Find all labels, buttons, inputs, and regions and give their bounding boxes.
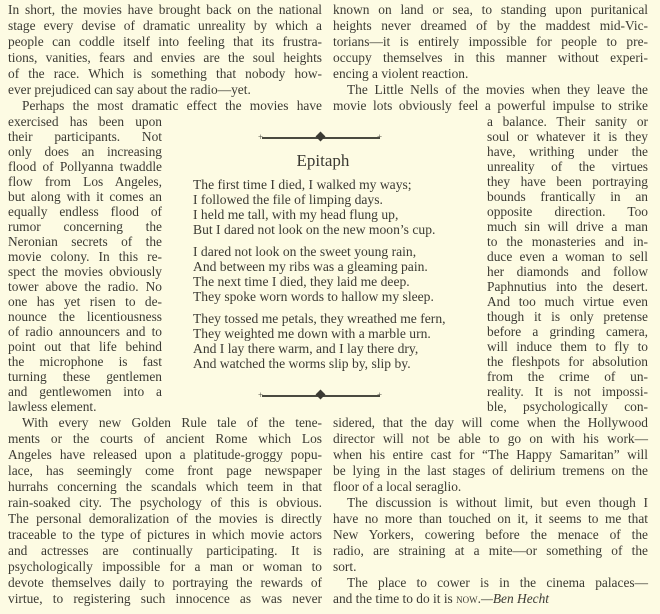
text-line: director will not be able to go on with … — [333, 431, 648, 447]
text-line: torians—it is entirely impossible for pe… — [333, 34, 648, 50]
ornamental-rule-icon: ++ — [258, 134, 384, 142]
text-line: equally endless flood of — [8, 204, 162, 220]
text-line: much sin will drive a man — [487, 219, 648, 235]
text-line: point out that life behind — [8, 339, 162, 355]
text-line: before a grinding camera, — [487, 324, 648, 340]
text-line: one has yet risen to de- — [8, 294, 162, 310]
poem-line: And watched the worms slip by, slip by. — [193, 356, 411, 372]
text-line: The personal demoralization of the movie… — [8, 511, 322, 527]
poem-line: I held me tall, with my head flung up, — [193, 207, 398, 223]
text-line: movie colony. In this re- — [8, 249, 162, 265]
text-line: stage every devise of dramatic unreality… — [8, 18, 322, 34]
text-line: movie lots obviously feel a powerful imp… — [333, 98, 648, 114]
text-line: will induce them to fly to — [487, 339, 648, 355]
text-line: hurrahs concerning the scandals which te… — [8, 479, 322, 495]
text-line: opposite direction. Too — [487, 204, 648, 220]
text-line: Angeles have released upon a platitude-g… — [8, 447, 322, 463]
text-line: they have been portraying — [487, 174, 648, 190]
text-line: With every new Golden Rule tale of the t… — [22, 415, 322, 431]
text-line: lace, has seemingly come front page news… — [8, 463, 322, 479]
text-line: spect the movies obviously — [8, 264, 162, 280]
poem-line: They weighted me down with a marble urn. — [193, 326, 431, 342]
poem-line: The next time I died, they laid me deep. — [193, 274, 410, 290]
text-line: when his entire cast for “The Happy Sama… — [333, 447, 648, 463]
text-line: have no more than touched on it, it seem… — [333, 511, 648, 527]
text-line: tions, vanities, fears and envies are th… — [8, 50, 322, 66]
text-line: and gentlewomen into a — [8, 384, 162, 400]
text-line: floor of a local seraglio. — [333, 479, 461, 495]
poem-line: But I dared not look on the new moon’s c… — [193, 222, 435, 238]
text-line: nounce the licentiousness — [8, 309, 162, 325]
text-line: New Yorkers, cowering before the menace … — [333, 527, 648, 543]
text-line: a balance. Their sanity or — [487, 114, 648, 130]
text-line: lawless element. — [8, 399, 97, 415]
byline: —Ben Hecht — [481, 591, 549, 606]
text-line: of radio announcers and to — [8, 324, 162, 340]
poem-line: They spoke worn words to hallow my sleep… — [193, 289, 434, 305]
text-line: bounds frantically in an — [487, 189, 648, 205]
text-line: exercised has been upon — [8, 114, 162, 130]
text-now: now. — [456, 591, 481, 606]
text-line: though it is only pretense — [487, 309, 648, 325]
text-line: flood of Pollyanna twaddle — [8, 159, 162, 175]
text-line: Paphnutius into the desert. — [487, 279, 648, 295]
text-line: The Little Nells of the movies when they… — [347, 82, 648, 98]
text-line: ments or the courts of ancient Rome whic… — [8, 431, 322, 447]
ornamental-rule-icon: ++ — [258, 392, 384, 400]
text-line: The discussion is without limit, but eve… — [347, 495, 648, 511]
text-line: tower above the radio. No — [8, 279, 162, 295]
text-line: heights never dreamed of by the maddest … — [333, 18, 648, 34]
text-line: reality. It is not impossi- — [487, 384, 648, 400]
poem-title: Epitaph — [193, 153, 453, 169]
text-line: only does an increasing — [8, 144, 162, 160]
text-line: flow from Los Angeles, — [8, 174, 162, 190]
text-line: the fleshpots for absolution — [487, 354, 648, 370]
text-line: duce even a woman to sell — [487, 249, 648, 265]
poem-line: I dared not look on the sweet young rain… — [193, 244, 416, 260]
text-line: have, writhing under the — [487, 144, 648, 160]
text-line: rumor concerning the — [8, 219, 162, 235]
text-line: people can coddle itself into feeling th… — [8, 34, 322, 50]
text-line: virtue, to registering such innocence as… — [8, 591, 322, 607]
text-line: sort. — [333, 559, 356, 575]
text-line: known on land or sea, to standing upon p… — [333, 2, 648, 18]
text-line: The place to cower is in the cinema pala… — [347, 575, 648, 591]
text-line: soul or whatever it is they — [487, 129, 648, 145]
text-line: radio, are straining at a mite—or someth… — [333, 543, 648, 559]
text-line: from the crime of un- — [487, 369, 648, 385]
text-line: And too much virtue even — [487, 294, 648, 310]
final-line: and the time to do it is now.—Ben Hecht — [333, 591, 549, 607]
text-line: occupy themselves in this manner without… — [333, 50, 648, 66]
text-line: Neronian secrets of the — [8, 234, 162, 250]
text-line: ever prejudiced can say about the radio—… — [8, 82, 251, 98]
text-line: her diamonds and follow — [487, 264, 648, 280]
text-line: be lying in the last stages of delirium … — [333, 463, 648, 479]
text-line: turning these gentlemen — [8, 369, 162, 385]
poem-line: The first time I died, I walked my ways; — [193, 177, 412, 193]
text-line: but along with it comes an — [8, 189, 162, 205]
poem-line: And I lay there warm, and I lay there dr… — [193, 341, 418, 357]
text-line: traceable to the type of pictures in whi… — [8, 527, 322, 543]
poem-line: And between my ribs was a gleaming pain. — [193, 259, 428, 275]
poem-line: They tossed me petals, they wreathed me … — [193, 311, 446, 327]
text-line: encing a violent reaction. — [333, 66, 468, 82]
text-line: the microphone is fast — [8, 354, 162, 370]
text-line: Perhaps the most dramatic effect the mov… — [22, 98, 322, 114]
text-line: rain-soaked city. The psychology of this… — [8, 495, 322, 511]
text-line: of the race. Which is something that nob… — [8, 66, 322, 82]
text-line: In short, the movies have brought back o… — [8, 2, 322, 18]
text-line: devote themselves daily to portraying th… — [8, 575, 322, 591]
text-line: their participants. Not — [8, 129, 162, 145]
text-line: unreality of the virtues — [487, 159, 648, 175]
poem-line: I followed the file of limping days. — [193, 192, 383, 208]
text-line: sidered, that the day will come when the… — [333, 415, 648, 431]
text-line: to the monasteries and in- — [487, 234, 648, 250]
text-line: ble, psychologically con- — [487, 399, 648, 415]
text-line: psychologically impossible for a man or … — [8, 559, 322, 575]
text-line: and actresses are continually participat… — [8, 543, 322, 559]
text-span: and the time to do it is — [333, 591, 456, 606]
